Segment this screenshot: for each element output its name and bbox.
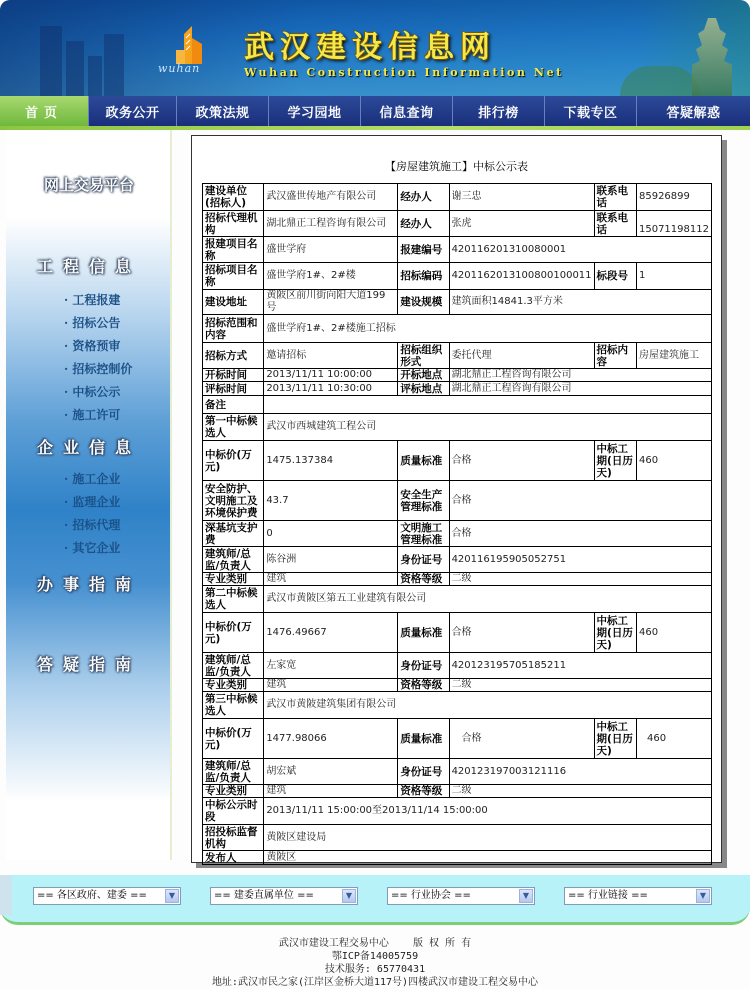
label-cell: 专业类别 <box>203 785 264 798</box>
label-cell: 建筑师/总监/负责人 <box>203 547 264 573</box>
nav-item-policies[interactable]: 政策法规 <box>177 96 269 126</box>
label-cell: 安全生产管理标准 <box>398 481 449 521</box>
label-cell: 专业类别 <box>203 679 264 692</box>
value-cell: 邀请招标 <box>264 343 398 369</box>
sidebar-link-control-price[interactable]: · 招标控制价 <box>64 360 132 377</box>
value-cell: 盛世学府1#、2#楼施工招标 <box>264 315 712 343</box>
value-cell: 盛世学府1#、2#楼 <box>264 263 398 290</box>
industry-links-select[interactable]: == 行业链接 == ▼ <box>564 887 712 905</box>
label-cell: 第三中标候选人 <box>203 692 264 719</box>
table-row: 中标价(万元) 1477.98066 质量标准 合格 中标工期(日历天) 460 <box>203 719 712 759</box>
label-cell: 备注 <box>203 396 264 414</box>
table-row: 建筑师/总监/负责人 左家宽 身份证号 420123195705185211 <box>203 653 712 679</box>
value-cell: 武汉市西城建筑工程公司 <box>264 414 712 441</box>
label-cell: 招标代理机构 <box>203 211 264 237</box>
value-cell: 房屋建筑施工 <box>636 343 711 369</box>
value-cell: 二级 <box>449 679 711 692</box>
award-notice-table: 建设单位(招标人) 武汉盛世传地产有限公司 经办人 谢三忠 联系电话 85926… <box>202 183 712 865</box>
label-cell: 建筑师/总监/负责人 <box>203 759 264 785</box>
value-cell: 85926899 <box>636 184 711 211</box>
value-cell: 420116195905052751 <box>449 547 711 573</box>
sidebar-link-supervision-companies[interactable]: · 监理企业 <box>64 493 120 510</box>
value-cell: 420123195705185211 <box>449 653 711 679</box>
label-cell: 身份证号 <box>398 759 449 785</box>
copyright-text: 武汉市建设工程交易中心 版 权 所 有 <box>0 937 750 950</box>
value-cell <box>264 396 712 414</box>
label-cell: 质量标准 <box>398 719 449 759</box>
table-row: 招投标监督机构 黄陂区建设局 <box>203 825 712 851</box>
label-cell: 资格等级 <box>398 679 449 692</box>
table-row: 第二中标候选人 武汉市黄陂区第五工业建筑有限公司 <box>203 586 712 613</box>
label-cell: 开标时间 <box>203 369 264 382</box>
label-cell: 评标时间 <box>203 382 264 396</box>
sidebar-platform-link[interactable]: 网上交易平台 <box>6 174 172 195</box>
value-cell: 湖北鼎正工程咨询有限公司 <box>449 369 711 382</box>
value-cell: 1 <box>636 263 711 290</box>
label-cell: 中标价(万元) <box>203 441 264 481</box>
notice-title: 【房屋建筑施工】中标公示表 <box>192 158 721 174</box>
logo-text: wuhan <box>158 62 200 75</box>
value-cell: 建筑 <box>264 785 398 798</box>
sidebar-link-project-registration[interactable]: · 工程报建 <box>64 291 120 308</box>
site-footer: 武汉市建设工程交易中心 版 权 所 有 鄂ICP备14005759 技术服务: … <box>0 937 750 989</box>
label-cell: 招投标监督机构 <box>203 825 264 851</box>
sidebar-heading-enterprise: 企业信息 <box>6 435 172 458</box>
nav-item-downloads[interactable]: 下载专区 <box>545 96 637 126</box>
value-cell: 建筑 <box>264 573 398 586</box>
value-cell: 合格 <box>449 441 594 481</box>
value-cell: 盛世学府 <box>264 237 398 263</box>
table-row: 建设单位(招标人) 武汉盛世传地产有限公司 经办人 谢三忠 联系电话 85926… <box>203 184 712 211</box>
value-cell: 左家宽 <box>264 653 398 679</box>
label-cell: 联系电话 <box>594 211 636 237</box>
table-row: 招标代理机构 湖北鼎正工程咨询有限公司 经办人 张虎 联系电话 15071198… <box>203 211 712 237</box>
value-cell: 黄陂区 <box>264 851 712 865</box>
value-cell: 建筑 <box>264 679 398 692</box>
direct-units-select[interactable]: == 建委直属单位 == ▼ <box>210 887 358 905</box>
value-cell: 建筑面积14841.3平方米 <box>449 290 711 315</box>
nav-item-info-query[interactable]: 信息查询 <box>361 96 453 126</box>
value-cell: 2013/11/11 15:00:00至2013/11/14 15:00:00 <box>264 798 712 825</box>
label-cell: 招标范围和内容 <box>203 315 264 343</box>
label-cell: 招标方式 <box>203 343 264 369</box>
sidebar-heading-engineering: 工程信息 <box>6 254 172 277</box>
label-cell: 招标项目名称 <box>203 263 264 290</box>
value-cell: 黄陂区前川街向阳大道199号 <box>264 290 398 315</box>
icp-number: 鄂ICP备14005759 <box>0 950 750 963</box>
nav-item-home[interactable]: 首页 <box>0 96 89 126</box>
table-row: 中标价(万元) 1475.137384 质量标准 合格 中标工期(日历天) 46… <box>203 441 712 481</box>
links-bar: == 各区政府、建委 == ▼ == 建委直属单位 == ▼ == 行业协会 =… <box>0 875 750 925</box>
value-cell: 湖北鼎正工程咨询有限公司 <box>449 382 711 396</box>
value-cell: 合格 <box>449 613 594 653</box>
sidebar-link-tender-agents[interactable]: · 招标代理 <box>64 516 120 533</box>
value-cell: 2013/11/11 10:30:00 <box>264 382 398 396</box>
select-value: == 行业链接 == <box>568 890 648 901</box>
table-row: 第三中标候选人 武汉市黄陂建筑集团有限公司 <box>203 692 712 719</box>
sidebar: 网上交易平台 工程信息 · 工程报建 · 招标公告 · 资格预审 · 招标控制价… <box>6 130 172 860</box>
chevron-down-icon[interactable]: ▼ <box>165 889 179 903</box>
value-cell: 合格 <box>449 481 711 521</box>
label-cell: 文明施工管理标准 <box>398 521 449 547</box>
label-cell: 中标价(万元) <box>203 719 264 759</box>
label-cell: 招标内容 <box>594 343 636 369</box>
sidebar-link-construction-permit[interactable]: · 施工许可 <box>64 406 120 423</box>
building-logo-icon <box>176 24 208 64</box>
table-row: 发布人 黄陂区 <box>203 851 712 865</box>
nav-item-faq[interactable]: 答疑解惑 <box>637 96 750 126</box>
label-cell: 建筑师/总监/负责人 <box>203 653 264 679</box>
label-cell: 报建编号 <box>398 237 449 263</box>
value-cell: 武汉市黄陂建筑集团有限公司 <box>264 692 712 719</box>
value-cell: 张虎 <box>449 211 594 237</box>
page: wuhan 武汉建设信息网 Wuhan Construction Informa… <box>0 0 750 989</box>
label-cell: 经办人 <box>398 184 449 211</box>
chevron-down-icon[interactable]: ▼ <box>696 889 710 903</box>
table-row: 招标方式 邀请招标 招标组织形式 委托代理 招标内容 房屋建筑施工 <box>203 343 712 369</box>
label-cell: 中标工期(日历天) <box>594 441 636 481</box>
sidebar-heading-faq[interactable]: 答疑指南 <box>6 652 172 675</box>
district-government-select[interactable]: == 各区政府、建委 == ▼ <box>33 887 181 905</box>
label-cell: 开标地点 <box>398 369 449 382</box>
value-cell: 460 <box>636 719 711 759</box>
table-row: 专业类别 建筑 资格等级 二级 <box>203 679 712 692</box>
site-subtitle: Wuhan Construction Information Net <box>244 66 564 79</box>
table-row: 招标项目名称 盛世学府1#、2#楼 招标编码 42011620131008001… <box>203 263 712 290</box>
main-nav: 首页 政务公开 政策法规 学习园地 信息查询 排行榜 下载专区 答疑解惑 <box>0 96 750 126</box>
value-cell: 二级 <box>449 785 711 798</box>
label-cell: 建设地址 <box>203 290 264 315</box>
select-value: == 行业协会 == <box>391 890 471 901</box>
table-row: 报建项目名称 盛世学府 报建编号 420116201310080001 <box>203 237 712 263</box>
label-cell: 经办人 <box>398 211 449 237</box>
label-cell: 中标工期(日历天) <box>594 613 636 653</box>
sidebar-link-construction-companies[interactable]: · 施工企业 <box>64 470 120 487</box>
label-cell: 评标地点 <box>398 382 449 396</box>
sidebar-link-other-companies[interactable]: · 其它企业 <box>64 539 120 556</box>
site-title: 武汉建设信息网 <box>244 22 496 66</box>
label-cell: 质量标准 <box>398 613 449 653</box>
value-cell: 委托代理 <box>449 343 594 369</box>
value-cell: 1476.49667 <box>264 613 398 653</box>
tech-support-phone: 技术服务: 65770431 <box>0 963 750 976</box>
chevron-down-icon[interactable]: ▼ <box>342 889 356 903</box>
nav-item-rankings[interactable]: 排行榜 <box>453 96 545 126</box>
label-cell: 中标工期(日历天) <box>594 719 636 759</box>
label-cell: 建设单位(招标人) <box>203 184 264 211</box>
table-row: 开标时间 2013/11/11 10:00:00 开标地点 湖北鼎正工程咨询有限… <box>203 369 712 382</box>
label-cell: 招标编码 <box>398 263 449 290</box>
table-row: 安全防护、文明施工及环境保护费 43.7 安全生产管理标准 合格 <box>203 481 712 521</box>
value-cell: 陈谷洲 <box>264 547 398 573</box>
sidebar-link-tender-notice[interactable]: · 招标公告 <box>64 314 120 331</box>
label-cell: 安全防护、文明施工及环境保护费 <box>203 481 264 521</box>
value-cell: 湖北鼎正工程咨询有限公司 <box>264 211 398 237</box>
value-cell: 合格 <box>449 719 594 759</box>
award-notice-panel: 【房屋建筑施工】中标公示表 建设单位(招标人) 武汉盛世传地产有限公司 经办人 … <box>191 135 722 863</box>
value-cell: 合格 <box>449 521 711 547</box>
value-cell: 420116201310080001 <box>449 237 711 263</box>
label-cell: 标段号 <box>594 263 636 290</box>
label-cell: 深基坑支护费 <box>203 521 264 547</box>
value-cell: 武汉市黄陂区第五工业建筑有限公司 <box>264 586 712 613</box>
label-cell: 资格等级 <box>398 785 449 798</box>
table-row: 备注 <box>203 396 712 414</box>
value-cell: 2013/11/11 10:00:00 <box>264 369 398 382</box>
value-cell: 4201162013100800100011 <box>449 263 594 290</box>
table-row: 中标公示时段 2013/11/11 15:00:00至2013/11/14 15… <box>203 798 712 825</box>
value-cell: 武汉盛世传地产有限公司 <box>264 184 398 211</box>
label-cell: 专业类别 <box>203 573 264 586</box>
sidebar-link-award-notice[interactable]: · 中标公示 <box>64 383 120 400</box>
value-cell: 460 <box>636 613 711 653</box>
table-row: 评标时间 2013/11/11 10:30:00 评标地点 湖北鼎正工程咨询有限… <box>203 382 712 396</box>
label-cell: 身份证号 <box>398 547 449 573</box>
table-row: 建设地址 黄陂区前川街向阳大道199号 建设规模 建筑面积14841.3平方米 <box>203 290 712 315</box>
value-cell: 1475.137384 <box>264 441 398 481</box>
value-cell: 黄陂区建设局 <box>264 825 712 851</box>
select-value: == 建委直属单位 == <box>214 890 314 901</box>
label-cell: 质量标准 <box>398 441 449 481</box>
table-row: 专业类别 建筑 资格等级 二级 <box>203 785 712 798</box>
table-row: 第一中标候选人 武汉市西城建筑工程公司 <box>203 414 712 441</box>
sidebar-link-prequalification[interactable]: · 资格预审 <box>64 337 120 354</box>
select-value: == 各区政府、建委 == <box>37 890 147 901</box>
label-cell: 中标公示时段 <box>203 798 264 825</box>
value-cell: 420123197003121116 <box>449 759 711 785</box>
sidebar-heading-guide[interactable]: 办事指南 <box>6 572 172 595</box>
value-cell: 15071198112 <box>636 211 711 237</box>
nav-item-government-affairs[interactable]: 政务公开 <box>89 96 177 126</box>
label-cell: 资格等级 <box>398 573 449 586</box>
table-row: 建筑师/总监/负责人 陈谷洲 身份证号 420116195905052751 <box>203 547 712 573</box>
chevron-down-icon[interactable]: ▼ <box>519 889 533 903</box>
value-cell: 0 <box>264 521 398 547</box>
linkbar-edge <box>0 875 12 915</box>
label-cell: 发布人 <box>203 851 264 865</box>
address-text: 地址:武汉市民之家(江岸区金桥大道117号)四楼武汉市建设工程交易中心 <box>0 976 750 989</box>
industry-association-select[interactable]: == 行业协会 == ▼ <box>387 887 535 905</box>
site-header: wuhan 武汉建设信息网 Wuhan Construction Informa… <box>0 0 750 96</box>
label-cell: 中标价(万元) <box>203 613 264 653</box>
label-cell: 身份证号 <box>398 653 449 679</box>
table-row: 深基坑支护费 0 文明施工管理标准 合格 <box>203 521 712 547</box>
label-cell: 招标组织形式 <box>398 343 449 369</box>
table-row: 专业类别 建筑 资格等级 二级 <box>203 573 712 586</box>
label-cell: 建设规模 <box>398 290 449 315</box>
label-cell: 第一中标候选人 <box>203 414 264 441</box>
value-cell: 谢三忠 <box>449 184 594 211</box>
label-cell: 报建项目名称 <box>203 237 264 263</box>
nav-item-learning[interactable]: 学习园地 <box>269 96 361 126</box>
value-cell: 43.7 <box>264 481 398 521</box>
value-cell: 二级 <box>449 573 711 586</box>
table-row: 招标范围和内容 盛世学府1#、2#楼施工招标 <box>203 315 712 343</box>
value-cell: 460 <box>636 441 711 481</box>
table-row: 中标价(万元) 1476.49667 质量标准 合格 中标工期(日历天) 460 <box>203 613 712 653</box>
value-cell: 1477.98066 <box>264 719 398 759</box>
label-cell: 第二中标候选人 <box>203 586 264 613</box>
label-cell: 联系电话 <box>594 184 636 211</box>
value-cell: 胡宏斌 <box>264 759 398 785</box>
table-row: 建筑师/总监/负责人 胡宏斌 身份证号 420123197003121116 <box>203 759 712 785</box>
